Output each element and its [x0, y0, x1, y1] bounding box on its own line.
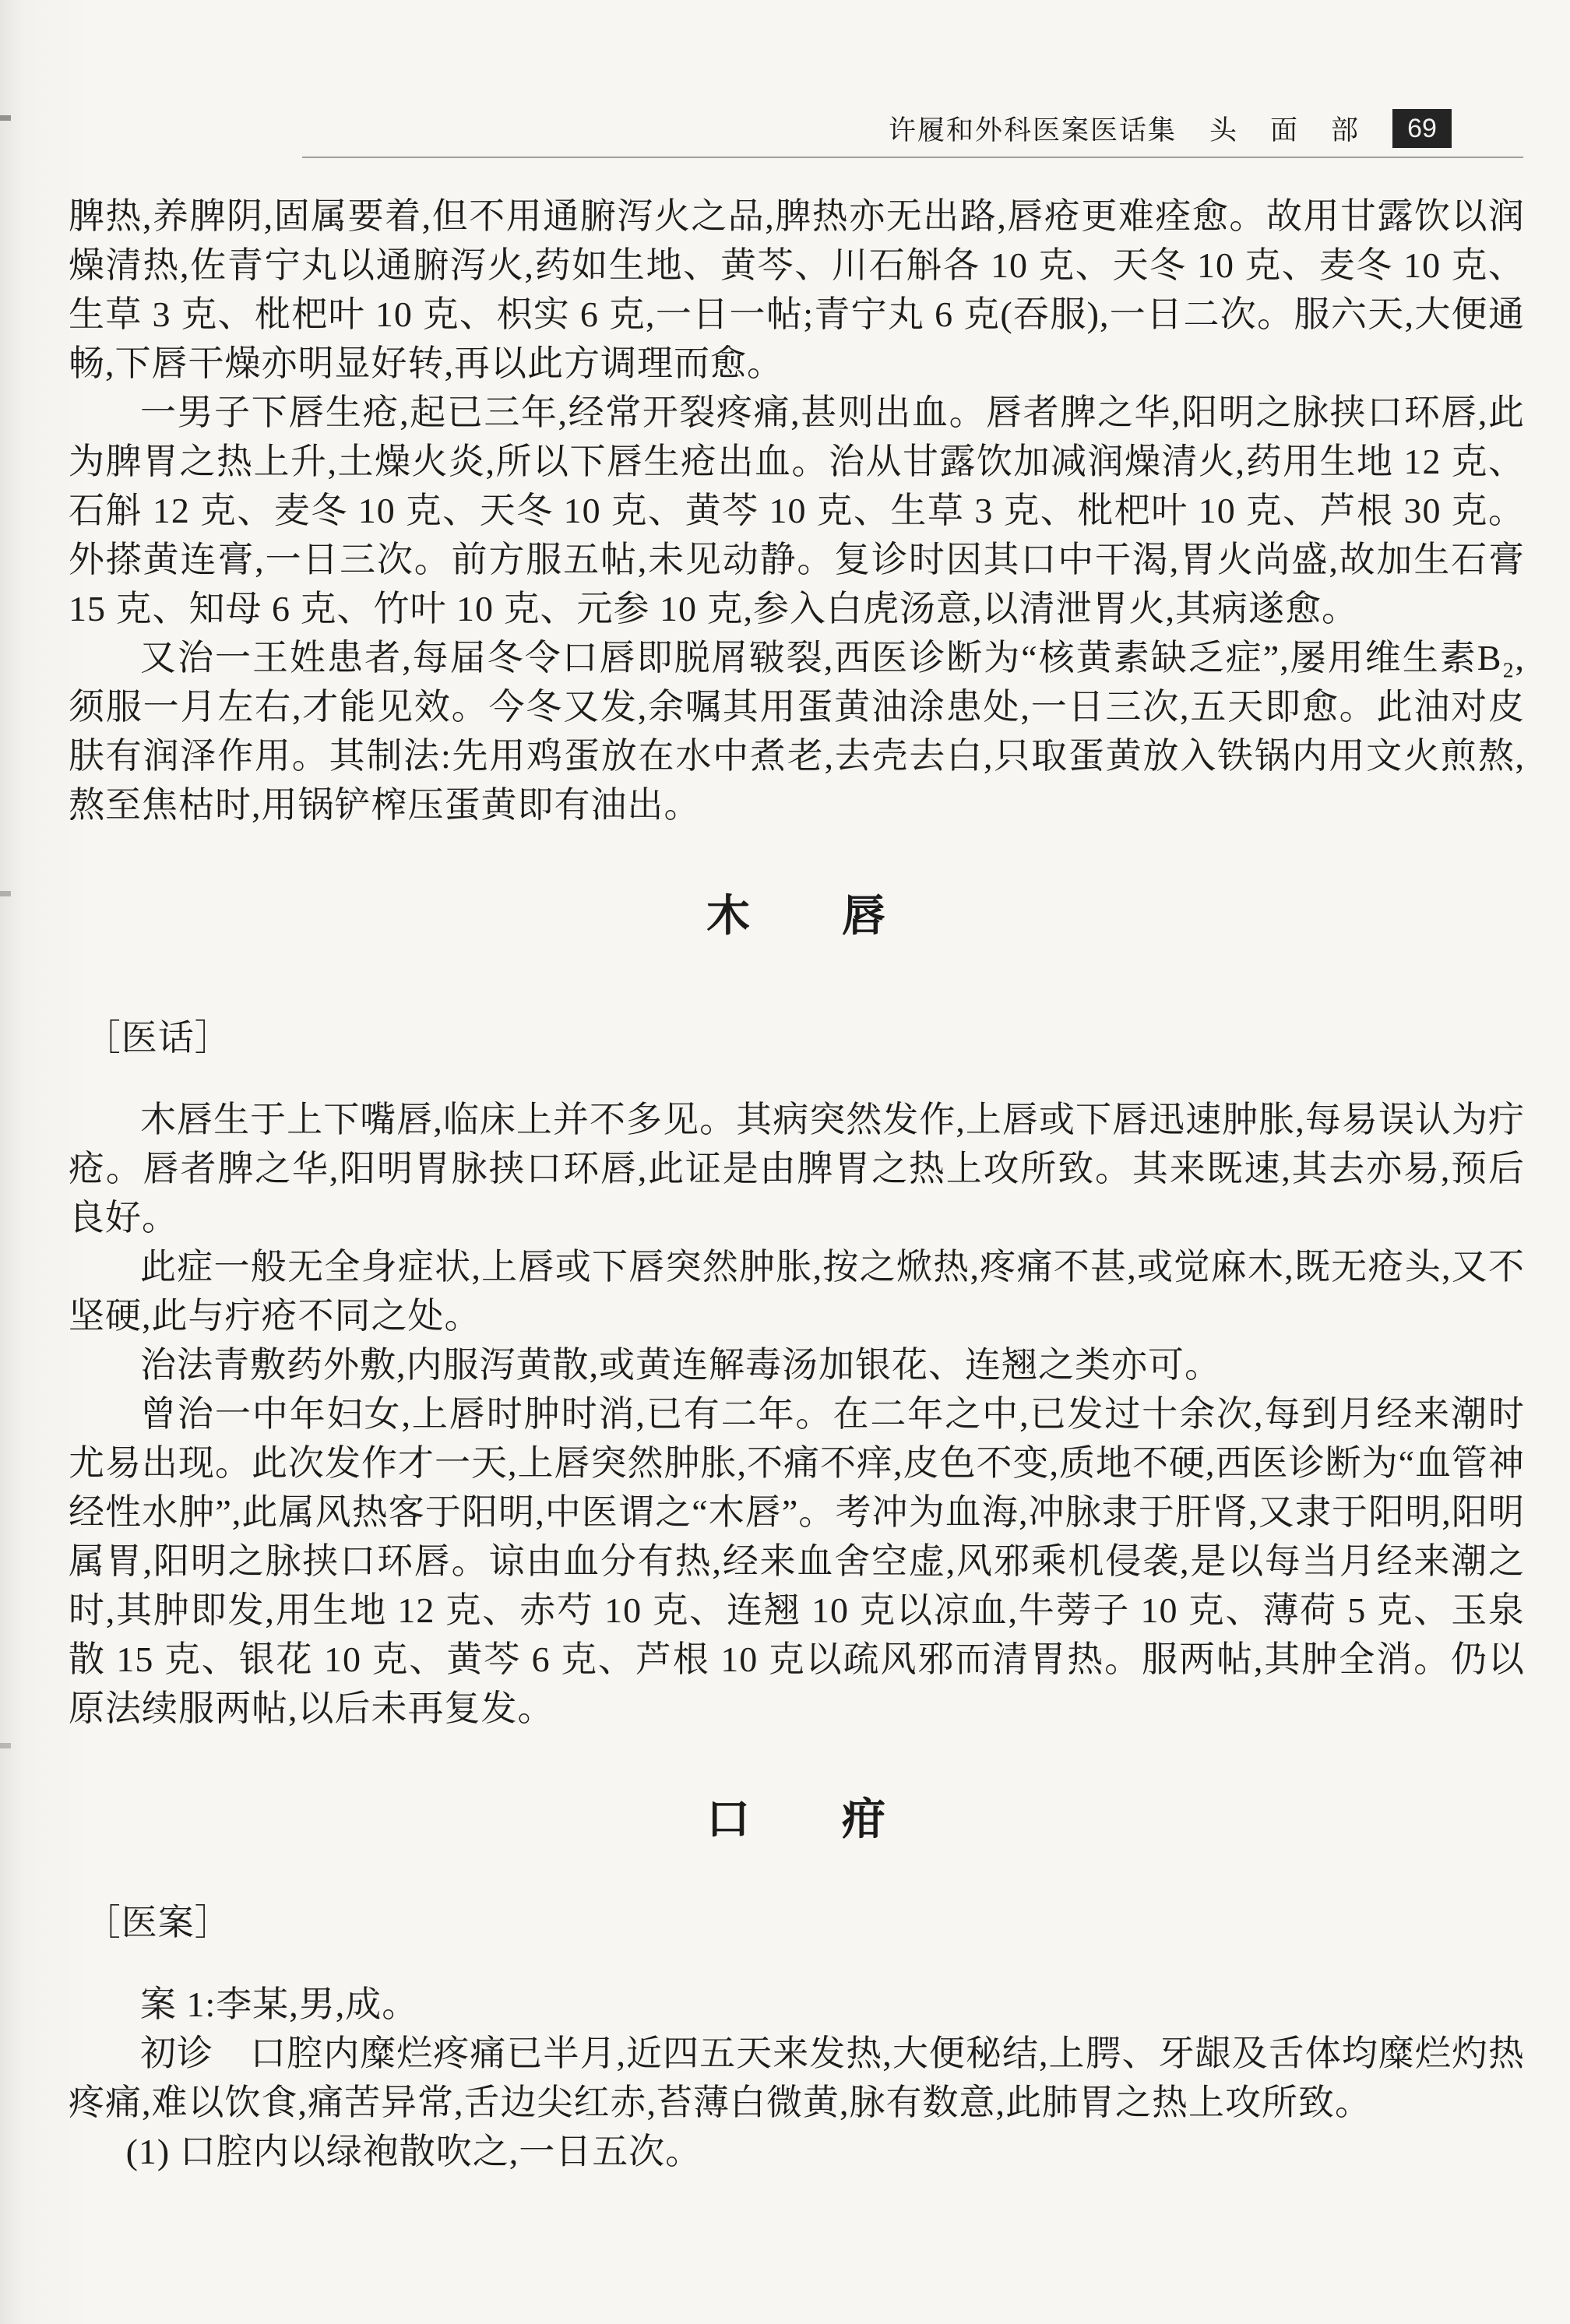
book-title: 许履和外科医案医话集	[889, 109, 1177, 148]
paragraph-kou-gan-treatment-1: (1) 口腔内以绿袍散吹之,一日五次。	[69, 2127, 1525, 2176]
section-heading-kou-gan: 口 疳	[69, 1791, 1525, 1850]
paragraph-lip-continuation-2: 一男子下唇生疮,起已三年,经常开裂疼痛,甚则出血。唇者脾之华,阳明之脉挟口环唇,…	[69, 388, 1525, 633]
paragraph-lip-continuation-1: 脾热,养脾阴,固属要着,但不用通腑泻火之品,脾热亦无出路,唇疮更难痊愈。故用甘露…	[69, 192, 1525, 388]
subheading-medical-case: ［医案］	[69, 1898, 1525, 1947]
section-heading-mu-chun: 木 唇	[69, 887, 1525, 946]
header-rule	[302, 157, 1523, 158]
page-number-badge: 69	[1392, 109, 1452, 148]
paragraph-lip-continuation-3: 又治一王姓患者,每届冬令口唇即脱屑皲裂,西医诊断为“核黄素缺乏症”,屡用维生素B…	[69, 633, 1525, 829]
paragraph-mu-chun-3: 治法青敷药外敷,内服泻黄散,或黄连解毒汤加银花、连翘之类亦可。	[69, 1340, 1525, 1389]
scan-edge-mark	[0, 1743, 11, 1748]
paragraph-kou-gan-first-visit: 初诊 口腔内糜烂疼痛已半月,近四五天来发热,大便秘结,上腭、牙龈及舌体均糜烂灼热…	[69, 2029, 1525, 2127]
paragraph-mu-chun-1: 木唇生于上下嘴唇,临床上并不多见。其病突然发作,上唇或下唇迅速肿胀,每易误认为疔…	[69, 1095, 1525, 1242]
scanned-book-page: 许履和外科医案医话集 头 面 部 69 脾热,养脾阴,固属要着,但不用通腑泻火之…	[0, 0, 1570, 2324]
page-body: 脾热,养脾阴,固属要着,但不用通腑泻火之品,脾热亦无出路,唇疮更难痊愈。故用甘露…	[69, 192, 1525, 2176]
subheading-medical-talk: ［医话］	[69, 1013, 1525, 1062]
header-section-title: 头 面 部	[1209, 109, 1361, 148]
scan-edge-mark	[0, 891, 11, 896]
page-header: 许履和外科医案医话集 头 面 部 69	[0, 109, 1452, 148]
paragraph-mu-chun-2: 此症一般无全身症状,上唇或下唇突然肿胀,按之焮热,疼痛不甚,或觉麻木,既无疮头,…	[69, 1242, 1525, 1340]
paragraph-mu-chun-4: 曾治一中年妇女,上唇时肿时消,已有二年。在二年之中,已发过十余次,每到月经来潮时…	[69, 1389, 1525, 1733]
paragraph-kou-gan-case-title: 案 1:李某,男,成。	[69, 1980, 1525, 2029]
